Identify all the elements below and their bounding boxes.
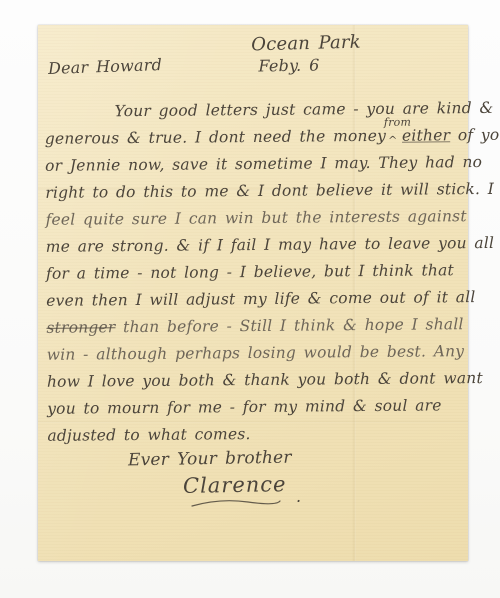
letter-line: even then I will adjust my life & come o… [46, 284, 462, 315]
line-text: of you [458, 126, 500, 144]
letter-line: generous & true. I dont need the moneyfr… [45, 122, 461, 153]
letter-line: feel quite sure I can win but the intere… [45, 203, 461, 234]
letter-line: right to do this to me & I dont believe … [45, 176, 461, 207]
struck-word: stronger [46, 318, 115, 337]
letter-line: or Jennie now, save it sometime I may. T… [45, 149, 461, 180]
signature-period: . [296, 487, 301, 506]
letter-line: stronger than before - Still I think & h… [46, 311, 462, 342]
letterhead-date: Feby. 6 [234, 55, 344, 76]
letter-photo: Ocean Park Feby. 6 Dear Howard Your good… [0, 0, 500, 598]
caret-mark: ^ [388, 134, 398, 145]
letter-line: how I love you both & thank you both & d… [47, 365, 463, 396]
letterhead-place: Ocean Park [226, 31, 386, 56]
letter-line: adjusted to what comes. [47, 419, 463, 450]
line-text: generous & true. I dont need the money [45, 127, 386, 148]
insertion: from^ [386, 125, 402, 141]
signature: Clarence [183, 472, 287, 498]
letter-line: you to mourn for me - for my mind & soul… [47, 392, 463, 423]
closing: Ever Your brother [128, 448, 292, 471]
signature-flourish [190, 497, 282, 509]
letter-line: win - although perhaps losing would be b… [47, 338, 463, 369]
salutation: Dear Howard [48, 55, 163, 78]
line-text: than before - Still I think & hope I sha… [123, 315, 464, 336]
letter-paper: Ocean Park Feby. 6 Dear Howard Your good… [38, 25, 468, 561]
inserted-word: from [384, 117, 411, 128]
letter-line: me are strong. & if I fail I may have to… [46, 230, 462, 261]
letter-line: for a time - not long - I believe, but I… [46, 257, 462, 288]
line-text-underlined: either [402, 126, 450, 144]
letter-body: Your good letters just came - you are ki… [44, 95, 463, 450]
